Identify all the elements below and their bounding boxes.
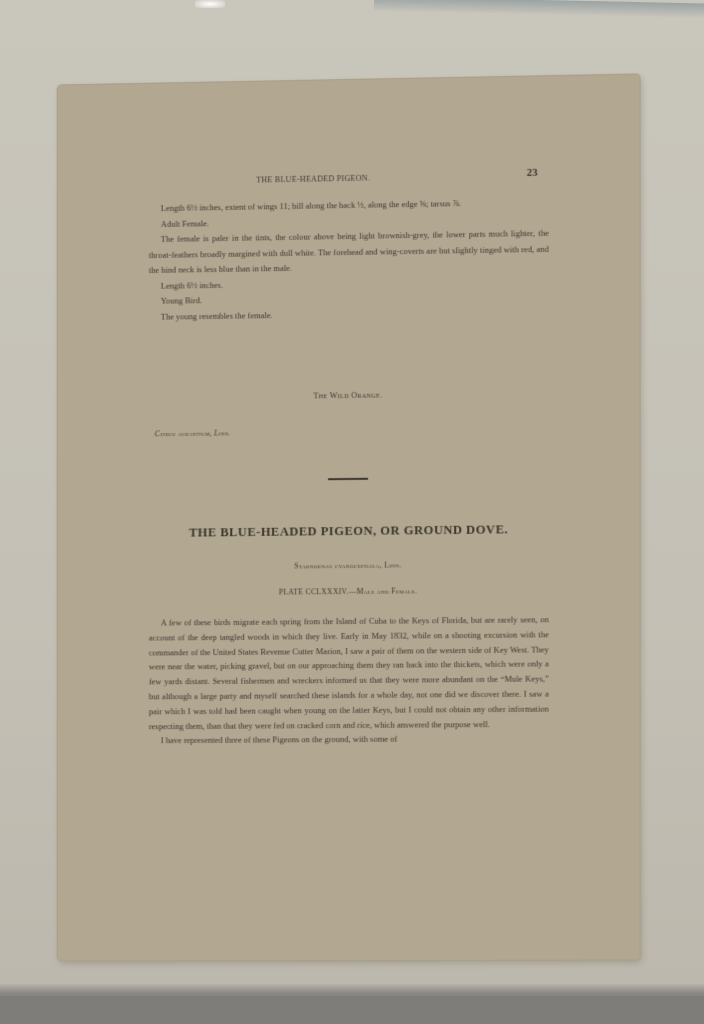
light-glare <box>195 0 225 8</box>
body-paragraph: I have represented three of these Pigeon… <box>149 731 549 748</box>
body-paragraph: A few of these birds migrate each spring… <box>149 612 549 733</box>
frame-top-edge <box>374 0 704 17</box>
section-divider <box>149 476 549 483</box>
upper-section: Length 6½ inches, extent of wings 11; bi… <box>149 195 549 325</box>
plate-caption: PLATE CCLXXXIV.—Male and Female. <box>149 582 549 601</box>
plant-heading: The Wild Orange. <box>149 385 549 406</box>
species-latin-name: Starnoenas cyanocephala, Linn. <box>149 556 549 575</box>
book-page: THE BLUE-HEADED PIGEON. 23 Length 6½ inc… <box>58 74 640 960</box>
plant-latin-name: Citrus aurantium, Linn. <box>155 421 555 441</box>
chapter-title: THE BLUE-HEADED PIGEON, OR GROUND DOVE. <box>149 522 549 542</box>
running-head: THE BLUE-HEADED PIGEON. <box>256 174 370 185</box>
female-description: The female is paler in the tints, the co… <box>149 226 549 279</box>
page-content: Length 6½ inches, extent of wings 11; bi… <box>149 156 549 163</box>
display-shelf <box>0 996 704 1024</box>
page-number: 23 <box>527 167 538 179</box>
body-text: A few of these birds migrate each spring… <box>149 612 549 748</box>
